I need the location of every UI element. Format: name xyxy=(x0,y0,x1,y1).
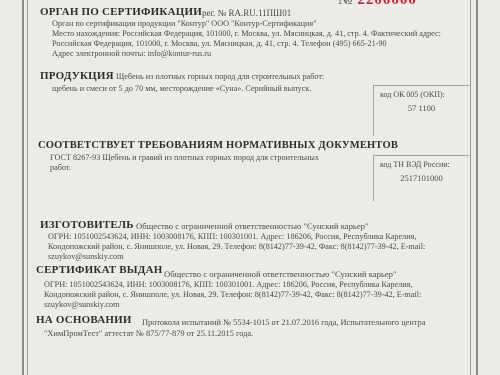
certificate-number: №2200000 xyxy=(338,0,417,9)
issued-to-line: szuykov@sunskiy.com xyxy=(44,300,119,310)
number-value: 2200000 xyxy=(357,0,417,8)
cert-body-line: Место нахождения: Российская Федерация, … xyxy=(52,29,441,39)
tnved-code-value: 2517101000 xyxy=(374,173,469,183)
tnved-code-box: код ТН ВЭД России: 2517101000 xyxy=(373,155,469,201)
manufacturer-line: szuykov@sunskiy.com xyxy=(48,252,123,262)
okp-code-box: код ОК 005 (ОКП): 57 1100 xyxy=(373,85,469,136)
conformity-line: работ. xyxy=(50,163,71,173)
okp-code-value: 57 1100 xyxy=(374,103,469,113)
product-heading: ПРОДУКЦИЯ xyxy=(40,70,114,82)
conformity-line: ГОСТ 8267-93 Щебень и гравий из плотных … xyxy=(50,153,319,163)
conformity-heading: СООТВЕТСТВУЕТ ТРЕБОВАНИЯМ НОРМАТИВНЫХ ДО… xyxy=(38,140,398,151)
okp-code-label: код ОК 005 (ОКП): xyxy=(374,86,469,99)
basis-line: "ХимПромТест" аттестат № 875/77-879 от 2… xyxy=(44,329,253,339)
cert-body-heading: ОРГАН ПО СЕРТИФИКАЦИИ xyxy=(40,6,202,18)
manufacturer-line: Кондопожский район, с. Янишполе, ул. Нов… xyxy=(48,242,425,252)
cert-body-line: Адрес электронной почты: info@kontur-rus… xyxy=(52,49,211,59)
manufacturer-name: Общество с ограниченной ответственностью… xyxy=(136,221,368,231)
product-line: Щебень из плотных горных пород для строи… xyxy=(116,72,324,82)
cert-body-line: Орган по сертификации продукции "Контур"… xyxy=(52,19,317,29)
number-prefix: № xyxy=(338,0,353,8)
cert-body-line: Российская Федерация, 101000, г. Москва,… xyxy=(52,39,387,49)
issued-to-line: ОГРН: 1051002543624, ИНН: 1003008176, КП… xyxy=(44,280,412,290)
registration-number: рег. № RA.RU.11ПШ01 xyxy=(202,8,291,18)
tnved-code-label: код ТН ВЭД России: xyxy=(374,156,469,169)
manufacturer-line: ОГРН: 1051002543624, ИНН: 1003008176, КП… xyxy=(48,232,416,242)
issued-to-heading: СЕРТИФИКАТ ВЫДАН xyxy=(36,264,162,276)
manufacturer-heading: ИЗГОТОВИТЕЛЬ xyxy=(40,219,134,231)
issued-to-name: Общество с ограниченной ответственностью… xyxy=(164,269,396,279)
basis-line: Протокола испытаний № 5534-1015 от 21.07… xyxy=(142,318,426,328)
basis-heading: НА ОСНОВАНИИ xyxy=(36,314,132,326)
issued-to-line: Кондопожский район, с. Янишполе, ул. Нов… xyxy=(44,290,421,300)
product-line: щебень и смеси от 5 до 70 мм, месторожде… xyxy=(52,84,311,94)
